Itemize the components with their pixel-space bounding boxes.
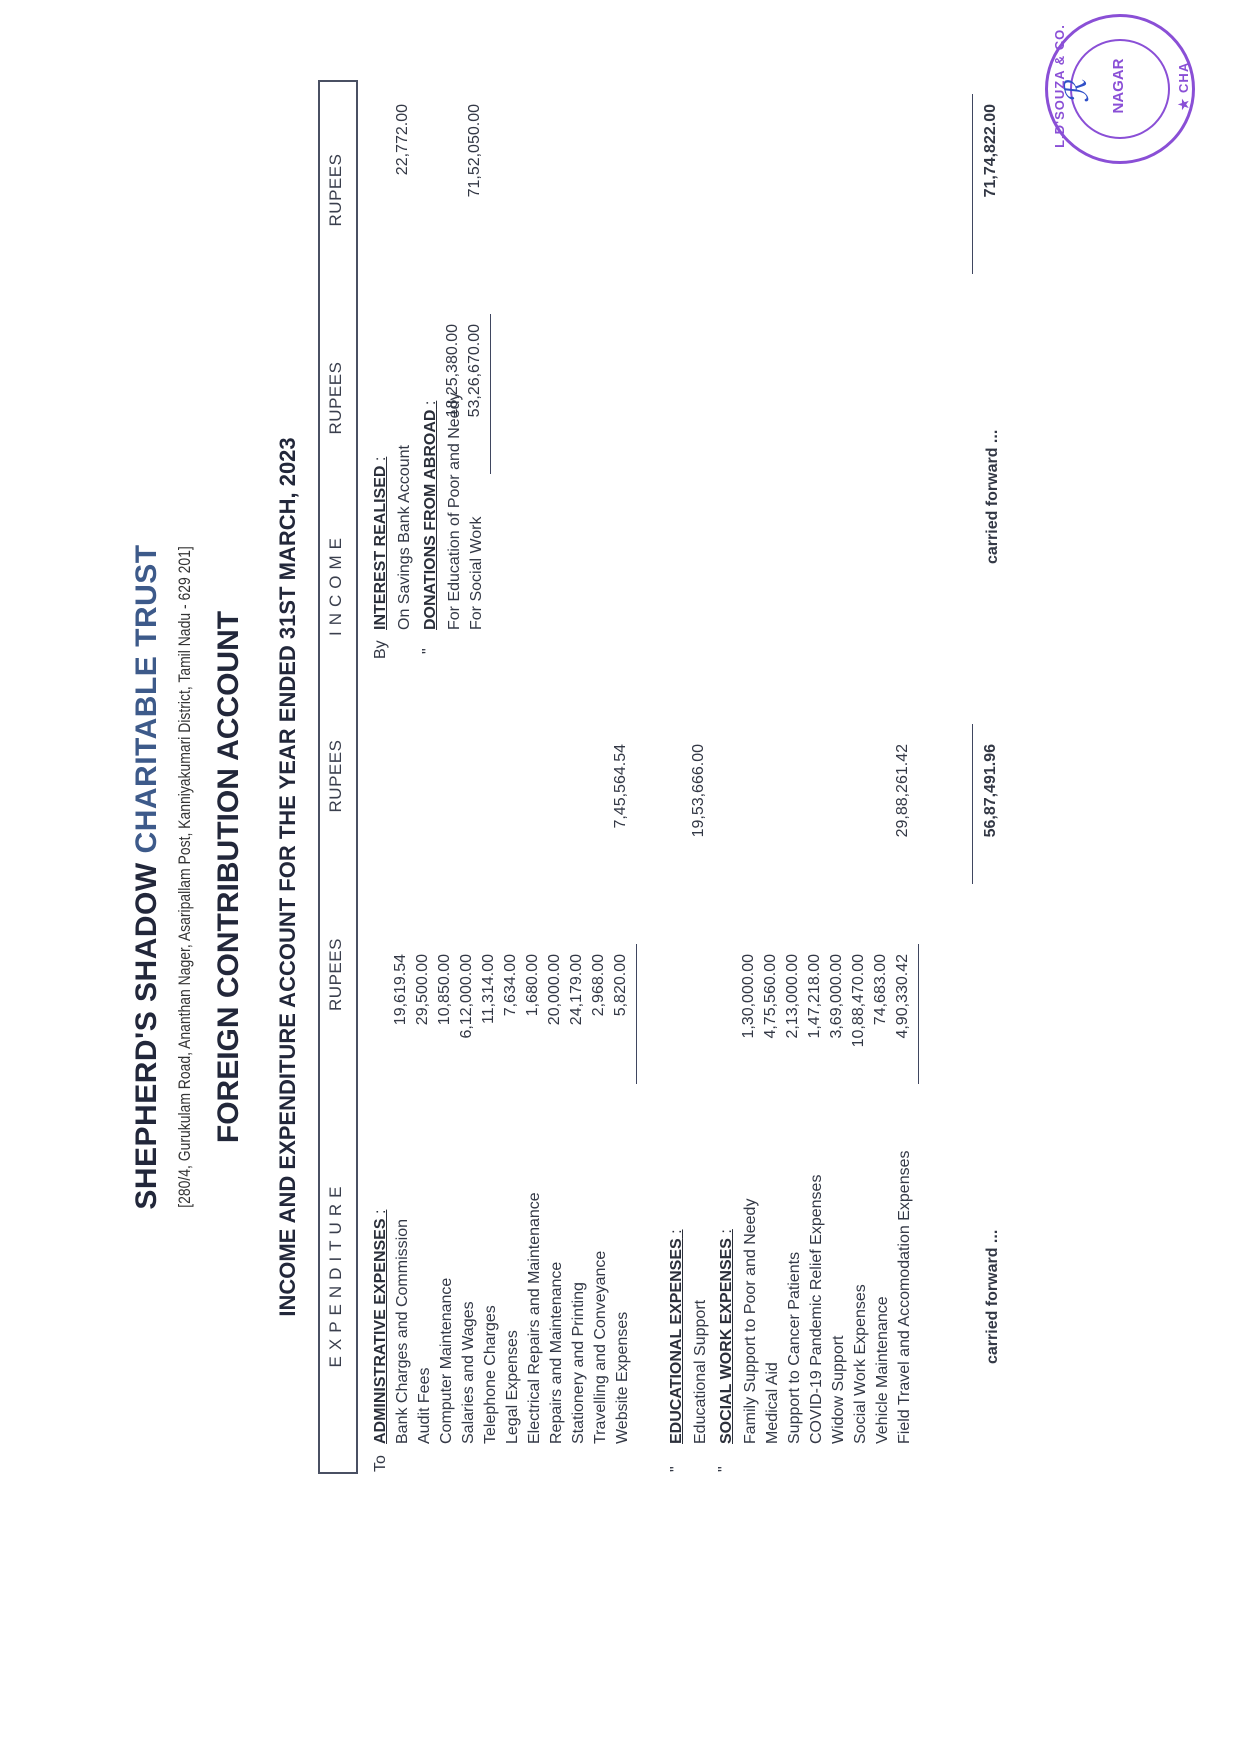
expense-amount: 4,90,330.42 — [894, 954, 912, 1094]
expense-amount: 24,179.00 — [568, 954, 586, 1094]
expense-item: Legal Expenses — [502, 1330, 524, 1444]
donations-total: 71,52,050.00 — [466, 104, 484, 274]
total-rule — [972, 724, 973, 884]
section-donations-from-abroad: DONATIONS FROM ABROAD : — [420, 401, 442, 630]
expense-item: Website Expenses — [612, 1312, 634, 1444]
expense-amount: 74,683.00 — [872, 954, 890, 1094]
expense-item: Salaries and Wages — [458, 1301, 480, 1444]
ditto-mark: " — [716, 1466, 734, 1472]
account-title: FOREIGN CONTRIBUTION ACCOUNT — [212, 0, 246, 1754]
expense-amount: 10,88,470.00 — [850, 954, 868, 1094]
expense-item: Social Work Expenses — [850, 1284, 872, 1444]
org-name-part2: CHARITABLE TRUST — [130, 544, 163, 853]
expense-item: Support to Cancer Patients — [784, 1252, 806, 1444]
educational-total: 19,53,666.00 — [690, 744, 708, 894]
subtotal-rule — [636, 944, 637, 1084]
income-amount: 18,25,380.00 — [444, 324, 462, 484]
statement-period-title: INCOME AND EXPENDITURE ACCOUNT FOR THE Y… — [275, 0, 301, 1754]
section-social-work-expenses: SOCIAL WORK EXPENSES : — [716, 1229, 738, 1444]
header-rupees-1: RUPEES — [326, 878, 346, 1071]
ditto-mark: " — [420, 648, 438, 654]
expense-item: Family Support to Poor and Needy — [740, 1199, 762, 1444]
section-educational-expenses: EDUCATIONAL EXPENSES : — [666, 1229, 688, 1444]
stamp-city: NAGAR — [1110, 11, 1127, 161]
expense-item: Travelling and Conveyance — [590, 1251, 612, 1444]
organization-address: [280/4, Gurukulam Road, Ananthan Nager, … — [175, 158, 195, 1596]
expenditure-carried-forward-amount: 56,87,491.96 — [982, 744, 1000, 894]
organization-name: SHEPHERD'S SHADOW CHARITABLE TRUST — [130, 0, 164, 1754]
expense-amount: 1,680.00 — [524, 954, 542, 1094]
expense-amount: 19,619.54 — [392, 954, 410, 1094]
expense-amount: 4,75,560.00 — [762, 954, 780, 1094]
expense-amount: 2,13,000.00 — [784, 954, 802, 1094]
expense-amount: 11,314.00 — [480, 954, 498, 1094]
expense-amount: 5,820.00 — [612, 954, 630, 1094]
expense-item: Educational Support — [690, 1300, 712, 1444]
expense-item: Electrical Repairs and Maintenance — [524, 1192, 546, 1444]
prefix-by: By — [372, 640, 390, 659]
expense-amount: 20,000.00 — [546, 954, 564, 1094]
ditto-mark: " — [668, 1466, 686, 1472]
expense-amount: 1,30,000.00 — [740, 954, 758, 1094]
subtotal-rule — [490, 314, 491, 474]
stamp-bottom-text: ★ CHA — [1176, 11, 1192, 161]
org-name-part1: SHEPHERD'S SHADOW — [130, 853, 163, 1209]
expense-item: Bank Charges and Commission — [392, 1219, 414, 1444]
expense-amount: 29,500.00 — [414, 954, 432, 1094]
expense-item: Field Travel and Accomodation Expenses — [894, 1151, 916, 1445]
header-rupees-3: RUPEES — [326, 300, 346, 496]
social-work-total: 29,88,261.42 — [894, 744, 912, 894]
prefix-to: To — [372, 1455, 390, 1472]
expense-item: COVID-19 Pandemic Relief Expenses — [806, 1175, 828, 1444]
expense-amount: 6,12,000.00 — [458, 954, 476, 1094]
expenditure-carried-forward-label: carried forward ... — [982, 1230, 1004, 1364]
expense-item: Telephone Charges — [480, 1305, 502, 1444]
income-carried-forward-label: carried forward ... — [982, 430, 1004, 564]
expense-item: Vehicle Maintenance — [872, 1296, 894, 1444]
expense-item: Audit Fees — [414, 1368, 436, 1444]
expense-item: Stationery and Printing — [568, 1282, 590, 1444]
header-rupees-4: RUPEES — [326, 80, 346, 300]
header-expenditure: EXPENDITURE — [326, 1074, 346, 1474]
expense-amount: 10,850.00 — [436, 954, 454, 1094]
interest-total: 22,772.00 — [394, 104, 412, 274]
administrative-total: 7,45,564.54 — [612, 744, 630, 894]
expense-amount: 3,69,000.00 — [828, 954, 846, 1094]
expense-amount: 2,968.00 — [590, 954, 608, 1094]
income-item: For Social Work — [466, 516, 488, 630]
document-page: SHEPHERD'S SHADOW CHARITABLE TRUST [280/… — [0, 0, 1240, 1754]
expense-amount: 7,634.00 — [502, 954, 520, 1094]
expense-item: Computer Maintenance — [436, 1278, 458, 1444]
income-carried-forward-amount: 71,74,822.00 — [982, 104, 1000, 274]
income-item: On Savings Bank Account — [394, 445, 416, 630]
total-rule — [972, 94, 973, 274]
section-administrative-expenses: ADMINISTRATIVE EXPENSES : — [370, 1210, 392, 1444]
expense-item: Repairs and Maintenance — [546, 1262, 568, 1444]
header-rupees-2: RUPEES — [326, 674, 346, 878]
expense-amount: 1,47,218.00 — [806, 954, 824, 1094]
subtotal-rule — [918, 944, 919, 1084]
income-amount: 53,26,670.00 — [466, 324, 484, 484]
expense-item: Medical Aid — [762, 1362, 784, 1444]
header-income: INCOME — [326, 494, 346, 674]
expense-item: Widow Support — [828, 1336, 850, 1445]
section-interest-realised: INTEREST REALISED : — [370, 457, 392, 630]
